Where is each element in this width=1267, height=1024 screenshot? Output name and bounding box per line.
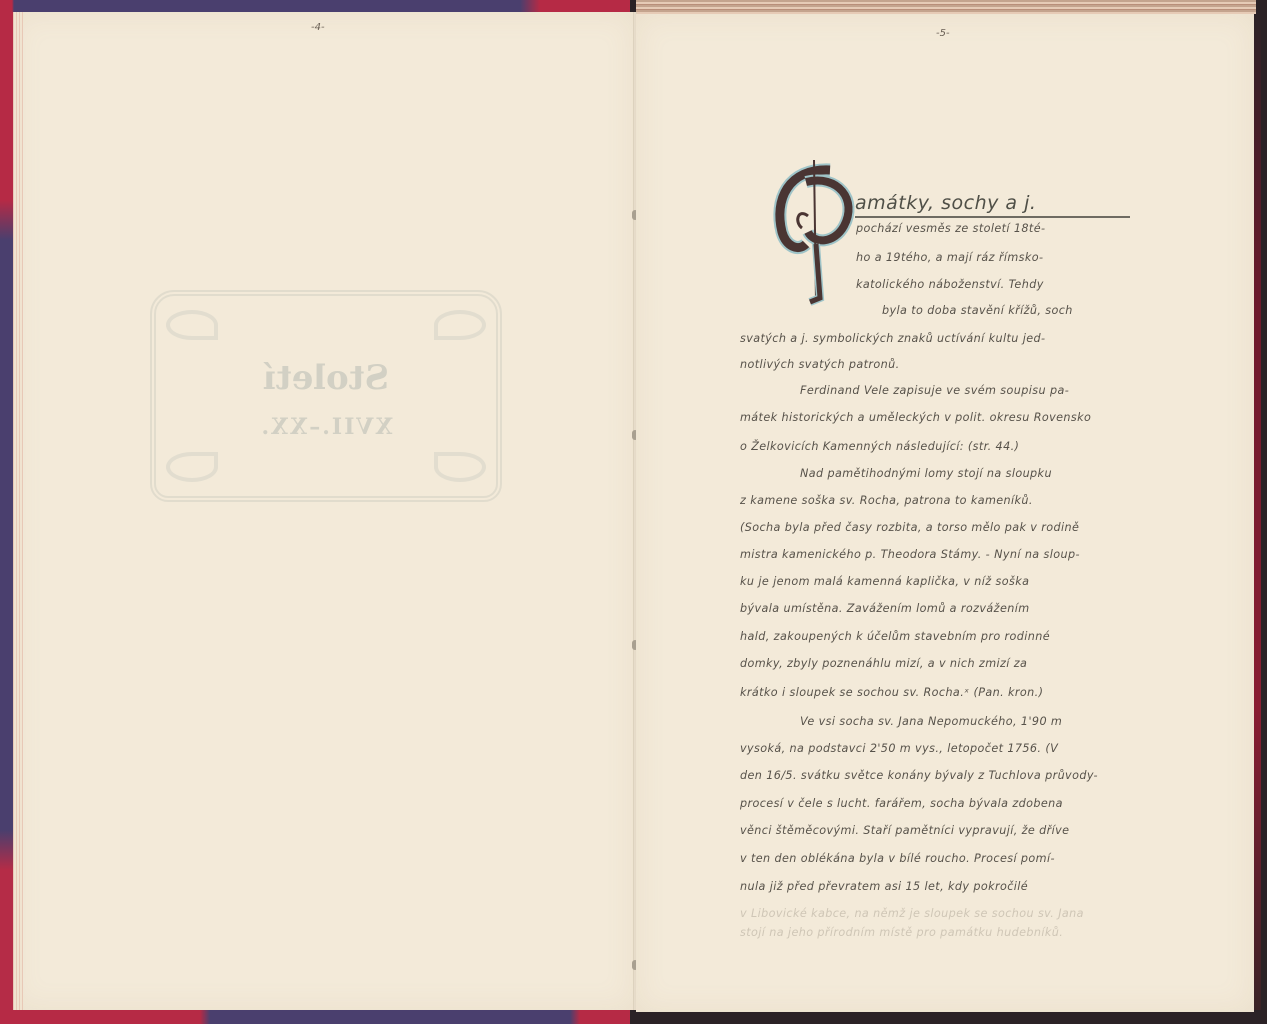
ornament-icon	[166, 452, 218, 482]
text-line: bývala umístěna. Zavážením lomů a rozváž…	[740, 602, 1030, 615]
text-line: den 16/5. svátku světce konány bývaly z …	[740, 769, 1098, 782]
text-line: mátek historických a uměleckých v polit.…	[740, 411, 1091, 424]
page-number-left: -4-	[311, 22, 325, 33]
text-line: Ferdinand Vele zapisuje ve svém soupisu …	[800, 384, 1069, 397]
text-line: byla to doba stavění křížů, soch	[882, 304, 1073, 317]
bleed-title: Století	[156, 358, 496, 398]
text-line: (Socha byla před časy rozbita, a torso m…	[740, 521, 1079, 534]
text-line: z kamene soška sv. Rocha, patrona to kam…	[740, 494, 1033, 507]
bleed-subtitle: XVII.–XX.	[156, 414, 496, 440]
text-line: svatých a j. symbolických znaků uctívání…	[740, 332, 1045, 345]
ornament-icon	[434, 310, 486, 340]
text-line: vysoká, na podstavci 2'50 m vys., letopo…	[740, 742, 1058, 755]
text-line: Ve vsi socha sv. Jana Nepomuckého, 1'90 …	[800, 715, 1062, 728]
text-line: katolického náboženství. Tehdy	[856, 278, 1044, 291]
text-line: notlivých svatých patronů.	[740, 358, 900, 371]
ornament-icon	[166, 310, 218, 340]
text-line: ho a 19tého, a mají ráz římsko-	[856, 251, 1043, 264]
text-line: věnci štěměcovými. Staří pamětníci vypra…	[740, 824, 1069, 837]
text-line: mistra kamenického p. Theodora Stámy. - …	[740, 548, 1080, 561]
text-line: pochází vesměs ze století 18té-	[856, 222, 1045, 235]
section-heading: amátky, sochy a j.	[855, 192, 1130, 218]
text-line: procesí v čele s lucht. farářem, socha b…	[740, 797, 1063, 810]
text-line: nula již před převratem asi 15 let, kdy …	[740, 880, 1028, 893]
left-page: -4- Století XVII.–XX.	[13, 12, 635, 1010]
text-line: Nad pamětihodnými lomy stojí na sloupku	[800, 467, 1052, 480]
text-line: hald, zakoupených k účelům stavebním pro…	[740, 630, 1050, 643]
faded-text-line: v Libovické kabce, na němž je sloupek se…	[740, 907, 1084, 920]
bleed-through-frame: Století XVII.–XX.	[150, 290, 502, 502]
text-line: domky, zbyly poznenáhlu mizí, a v nich z…	[740, 657, 1027, 670]
text-line: v ten den oblékána byla v bílé roucho. P…	[740, 852, 1055, 865]
page-number-right: -5-	[936, 28, 950, 39]
decorative-initial-p-icon	[768, 160, 858, 310]
faded-text-line: stojí na jeho přírodním místě pro památk…	[740, 926, 1063, 939]
page-stack-edges	[636, 0, 1256, 14]
text-line: o Želkovicích Kamenných následující: (st…	[740, 440, 1019, 453]
cover-band-top	[0, 0, 640, 12]
text-line: krátko i sloupek se sochou sv. Rocha.ˣ (…	[740, 686, 1043, 699]
ornament-icon	[434, 452, 486, 482]
text-line: ku je jenom malá kamenná kaplička, v níž…	[740, 575, 1029, 588]
cover-band-bottom	[0, 1010, 640, 1024]
